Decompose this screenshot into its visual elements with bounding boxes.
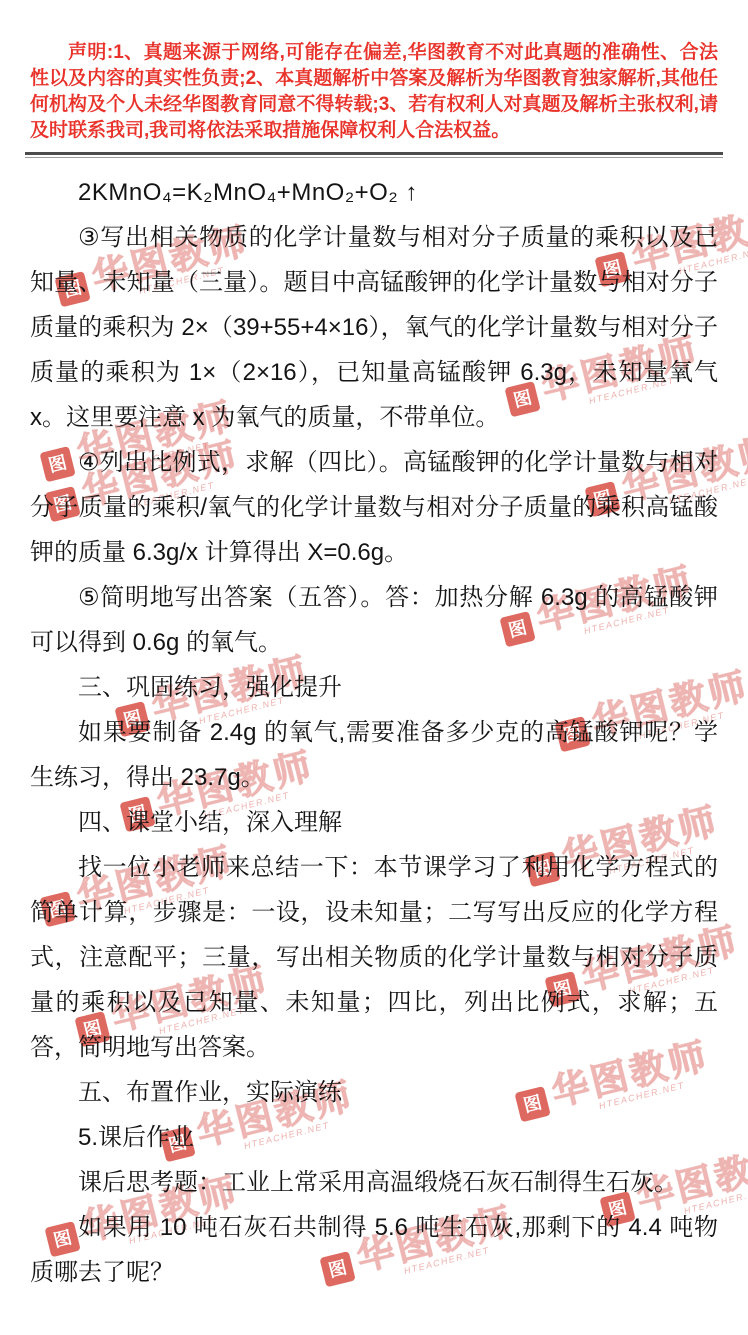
paragraph-homework-question: 课后思考题：工业上常采用高温缎烧石灰石制得生石灰。 [30, 1160, 718, 1205]
chemical-equation-line: 2KMnO₄=K₂MnO₄+MnO₂+O₂ ↑ [30, 170, 718, 215]
paragraph-summary: 找一位小老师来总结一下：本节课学习了利用化学方程式的简单计算，步骤是：一设，设未… [30, 845, 718, 1070]
heading-section-5: 五、布置作业，实际演练 [30, 1070, 718, 1115]
paragraph-step-5: ⑤简明地写出答案（五答）。答：加热分解 6.3g 的高锰酸钾可以得到 0.6g … [30, 575, 718, 665]
disclaimer-text: 1、真题来源于网络,可能存在偏差,华图教育不对此真题的准确性、合法性以及内容的真… [30, 42, 718, 141]
paragraph-step-4: ④列出比例式，求解（四比）。高锰酸钾的化学计量数与相对分子质量的乘积/氧气的化学… [30, 440, 718, 575]
paragraph-homework-question-2: 如果用 10 吨石灰石共制得 5.6 吨生石灰,那剩下的 4.4 吨物质哪去了呢… [30, 1205, 718, 1295]
document-page: 图 华图教师 HTEACHER.NET 图 华图教师 HTEACHER.NET … [0, 0, 748, 1335]
heading-section-3: 三、巩固练习，强化提升 [30, 665, 718, 710]
heading-section-4: 四、课堂小结，深入理解 [30, 800, 718, 845]
paragraph-step-3: ③写出相关物质的化学计量数与相对分子质量的乘积以及已知量、未知量（三量）。题目中… [30, 215, 718, 440]
document-content: 声明:1、真题来源于网络,可能存在偏差,华图教育不对此真题的准确性、合法性以及内… [0, 0, 748, 1295]
header-rule-divider [25, 152, 723, 158]
paragraph-homework-label: 5.课后作业 [30, 1115, 718, 1160]
disclaimer-paragraph: 声明:1、真题来源于网络,可能存在偏差,华图教育不对此真题的准确性、合法性以及内… [30, 40, 718, 144]
disclaimer-label: 声明: [68, 42, 113, 63]
paragraph-practice: 如果要制备 2.4g 的氧气,需要准备多少克的高锰酸钾呢？学生练习，得出 23.… [30, 710, 718, 800]
